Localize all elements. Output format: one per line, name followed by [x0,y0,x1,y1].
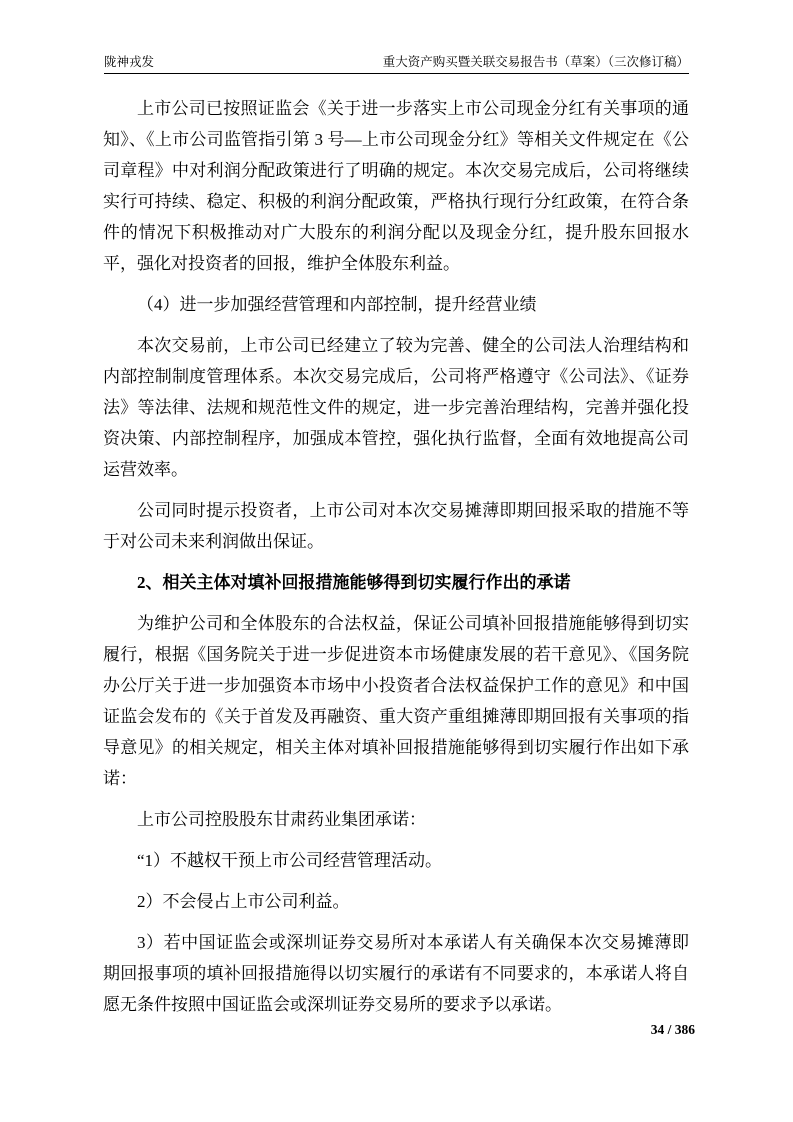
body-paragraph: 公司同时提示投资者，上市公司对本次交易摊薄即期回报采取的措施不等于对公司未来利润… [103,495,689,557]
header-document-title: 重大资产购买暨关联交易报告书（草案）（三次修订稿） [383,54,689,71]
body-paragraph: 上市公司控股股东甘肃药业集团承诺： [103,804,689,835]
body-paragraph: 3）若中国证监会或深圳证券交易所对本承诺人有关确保本次交易摊薄即期回报事项的填补… [103,927,689,1020]
body-paragraph: 2）不会侵占上市公司利益。 [103,886,689,917]
document-body: 上市公司已按照证监会《关于进一步落实上市公司现金分红有关事项的通知》、《上市公司… [103,93,689,1030]
section-heading: 2、相关主体对填补回报措施能够得到切实履行作出的承诺 [103,567,689,598]
page-header: 陇神戎发 重大资产购买暨关联交易报告书（草案）（三次修订稿） [104,54,689,74]
page-number: 34 / 386 [651,1021,695,1039]
body-paragraph: “1）不越权干预上市公司经营管理活动。 [103,845,689,876]
body-paragraph: 为维护公司和全体股东的合法权益，保证公司填补回报措施能够得到切实履行，根据《国务… [103,608,689,794]
body-paragraph: 本次交易前，上市公司已经建立了较为完善、健全的公司法人治理结构和内部控制制度管理… [103,330,689,485]
sub-section-heading: （4）进一步加强经营管理和内部控制，提升经营业绩 [103,289,689,320]
document-page: 陇神戎发 重大资产购买暨关联交易报告书（草案）（三次修订稿） 上市公司已按照证监… [0,0,793,1122]
body-paragraph: 上市公司已按照证监会《关于进一步落实上市公司现金分红有关事项的通知》、《上市公司… [103,93,689,279]
header-company-name: 陇神戎发 [104,54,154,71]
